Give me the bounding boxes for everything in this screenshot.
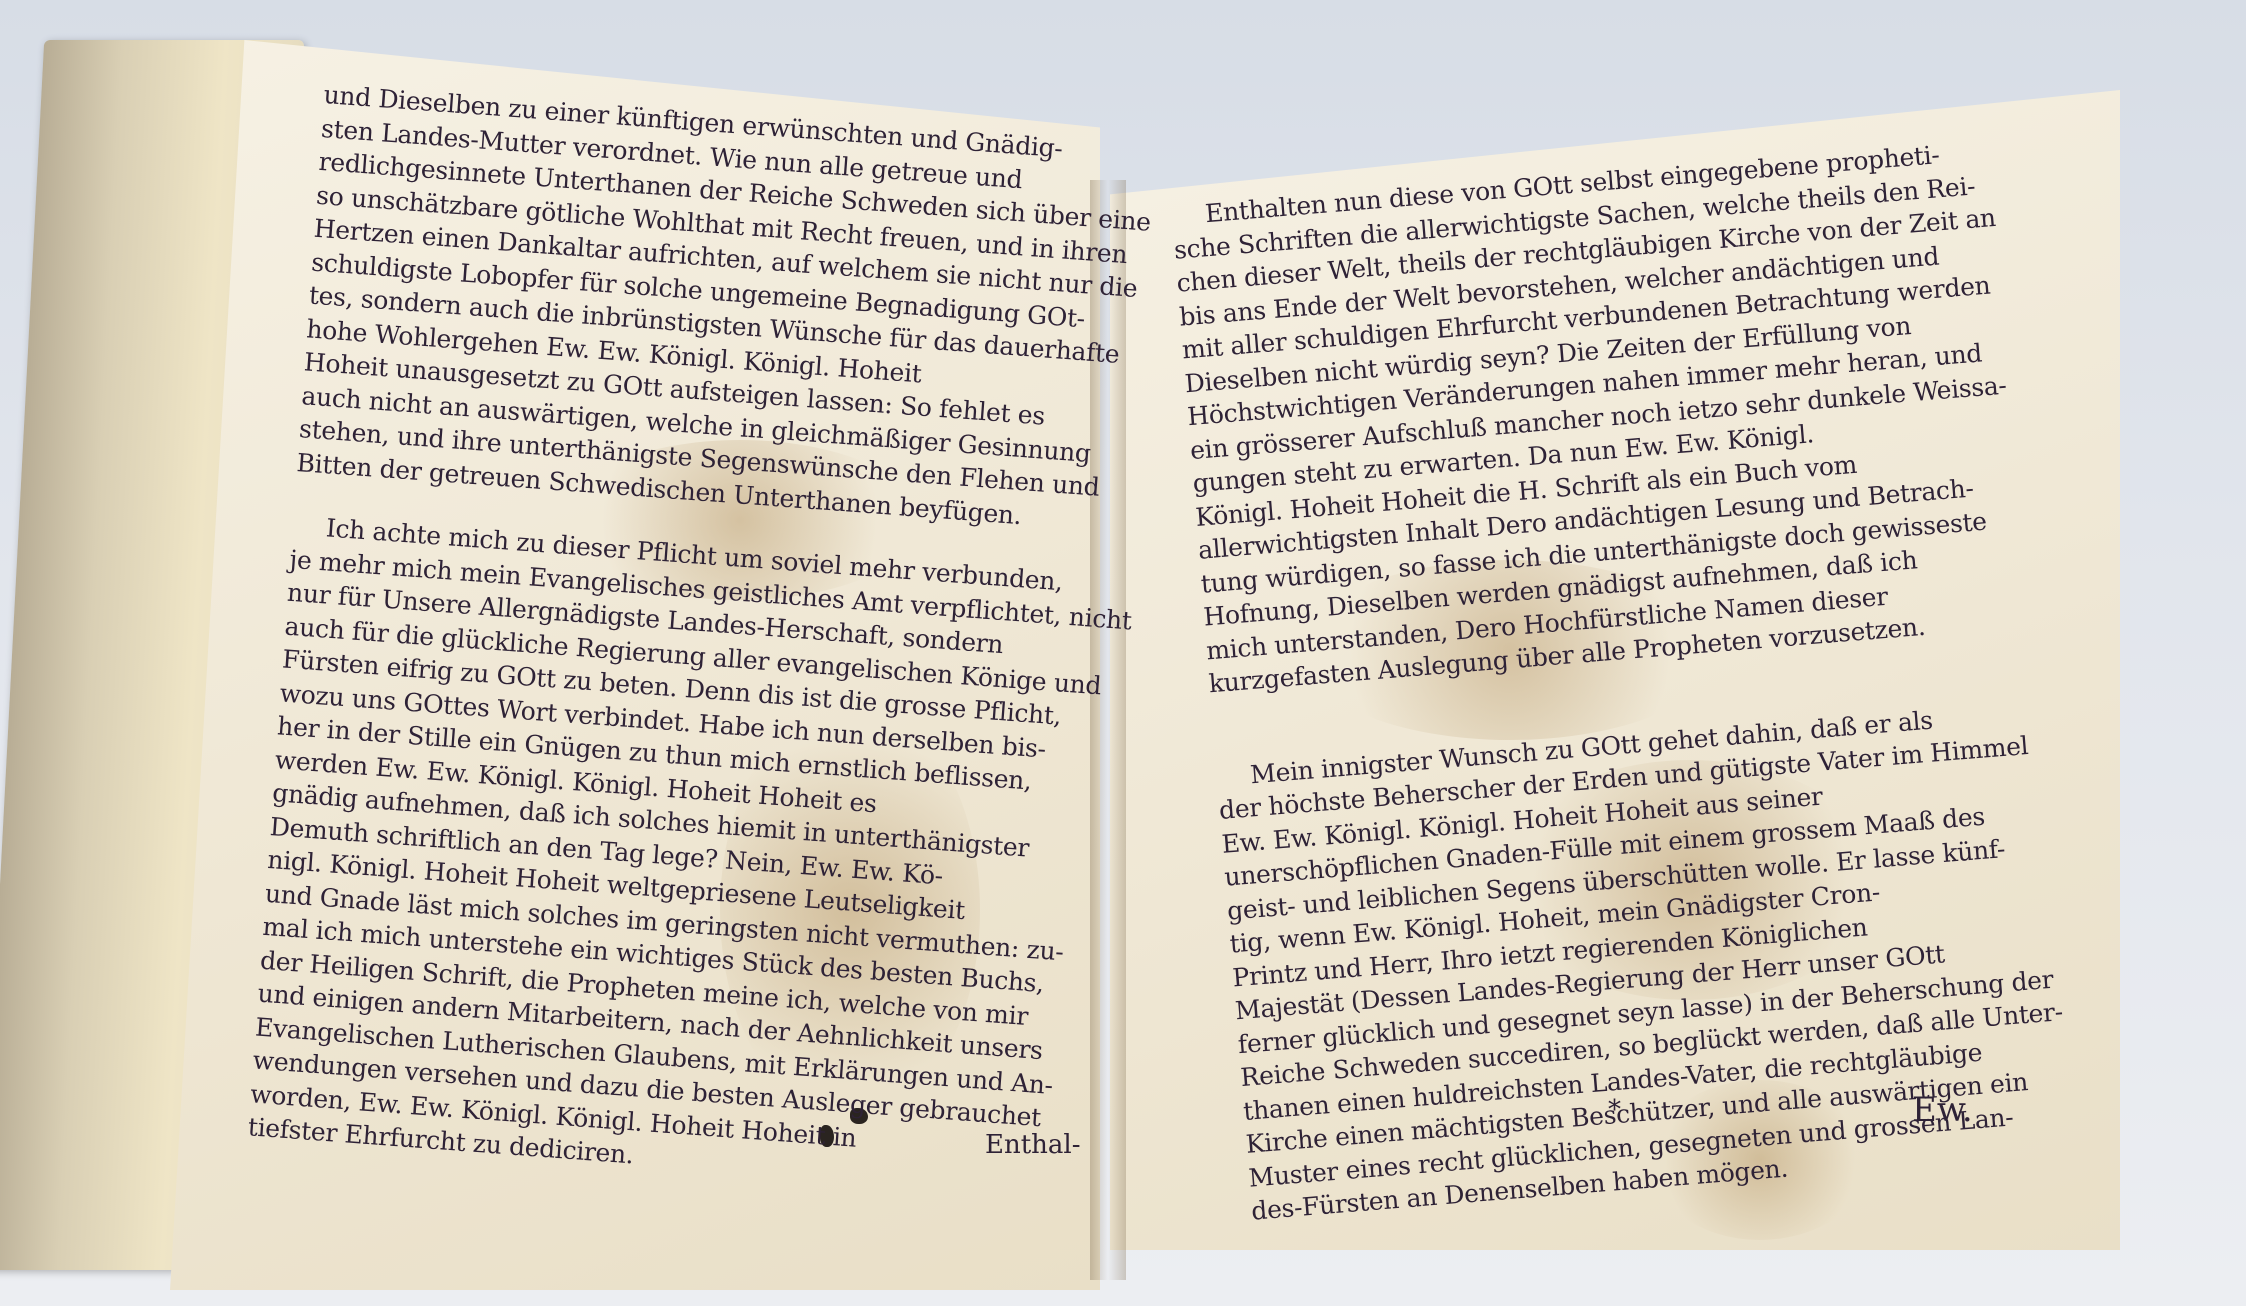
signature-mark: * [1608,1095,1621,1125]
right-paragraph-2: Mein innigster Wunsch zu GOtt gehet dahi… [1215,697,2040,1228]
right-page-text: Enthalten nun diese von GOtt selbst eing… [1170,137,2040,1229]
left-paragraph-2: Ich achte mich zu dieser Pflicht um sovi… [247,509,1052,1199]
left-paragraph-1: und Dieselben zu einer künftigen erwünsc… [296,78,1083,535]
left-catchword: Enthal- [985,1130,1081,1160]
open-book: und Dieselben zu einer künftigen erwünsc… [0,0,2246,1306]
left-page-text: und Dieselben zu einer künftigen erwünsc… [247,78,1083,1199]
right-catchword: Ew. [1912,1090,1973,1130]
right-paragraph-1: Enthalten nun diese von GOtt selbst eing… [1170,137,1998,701]
